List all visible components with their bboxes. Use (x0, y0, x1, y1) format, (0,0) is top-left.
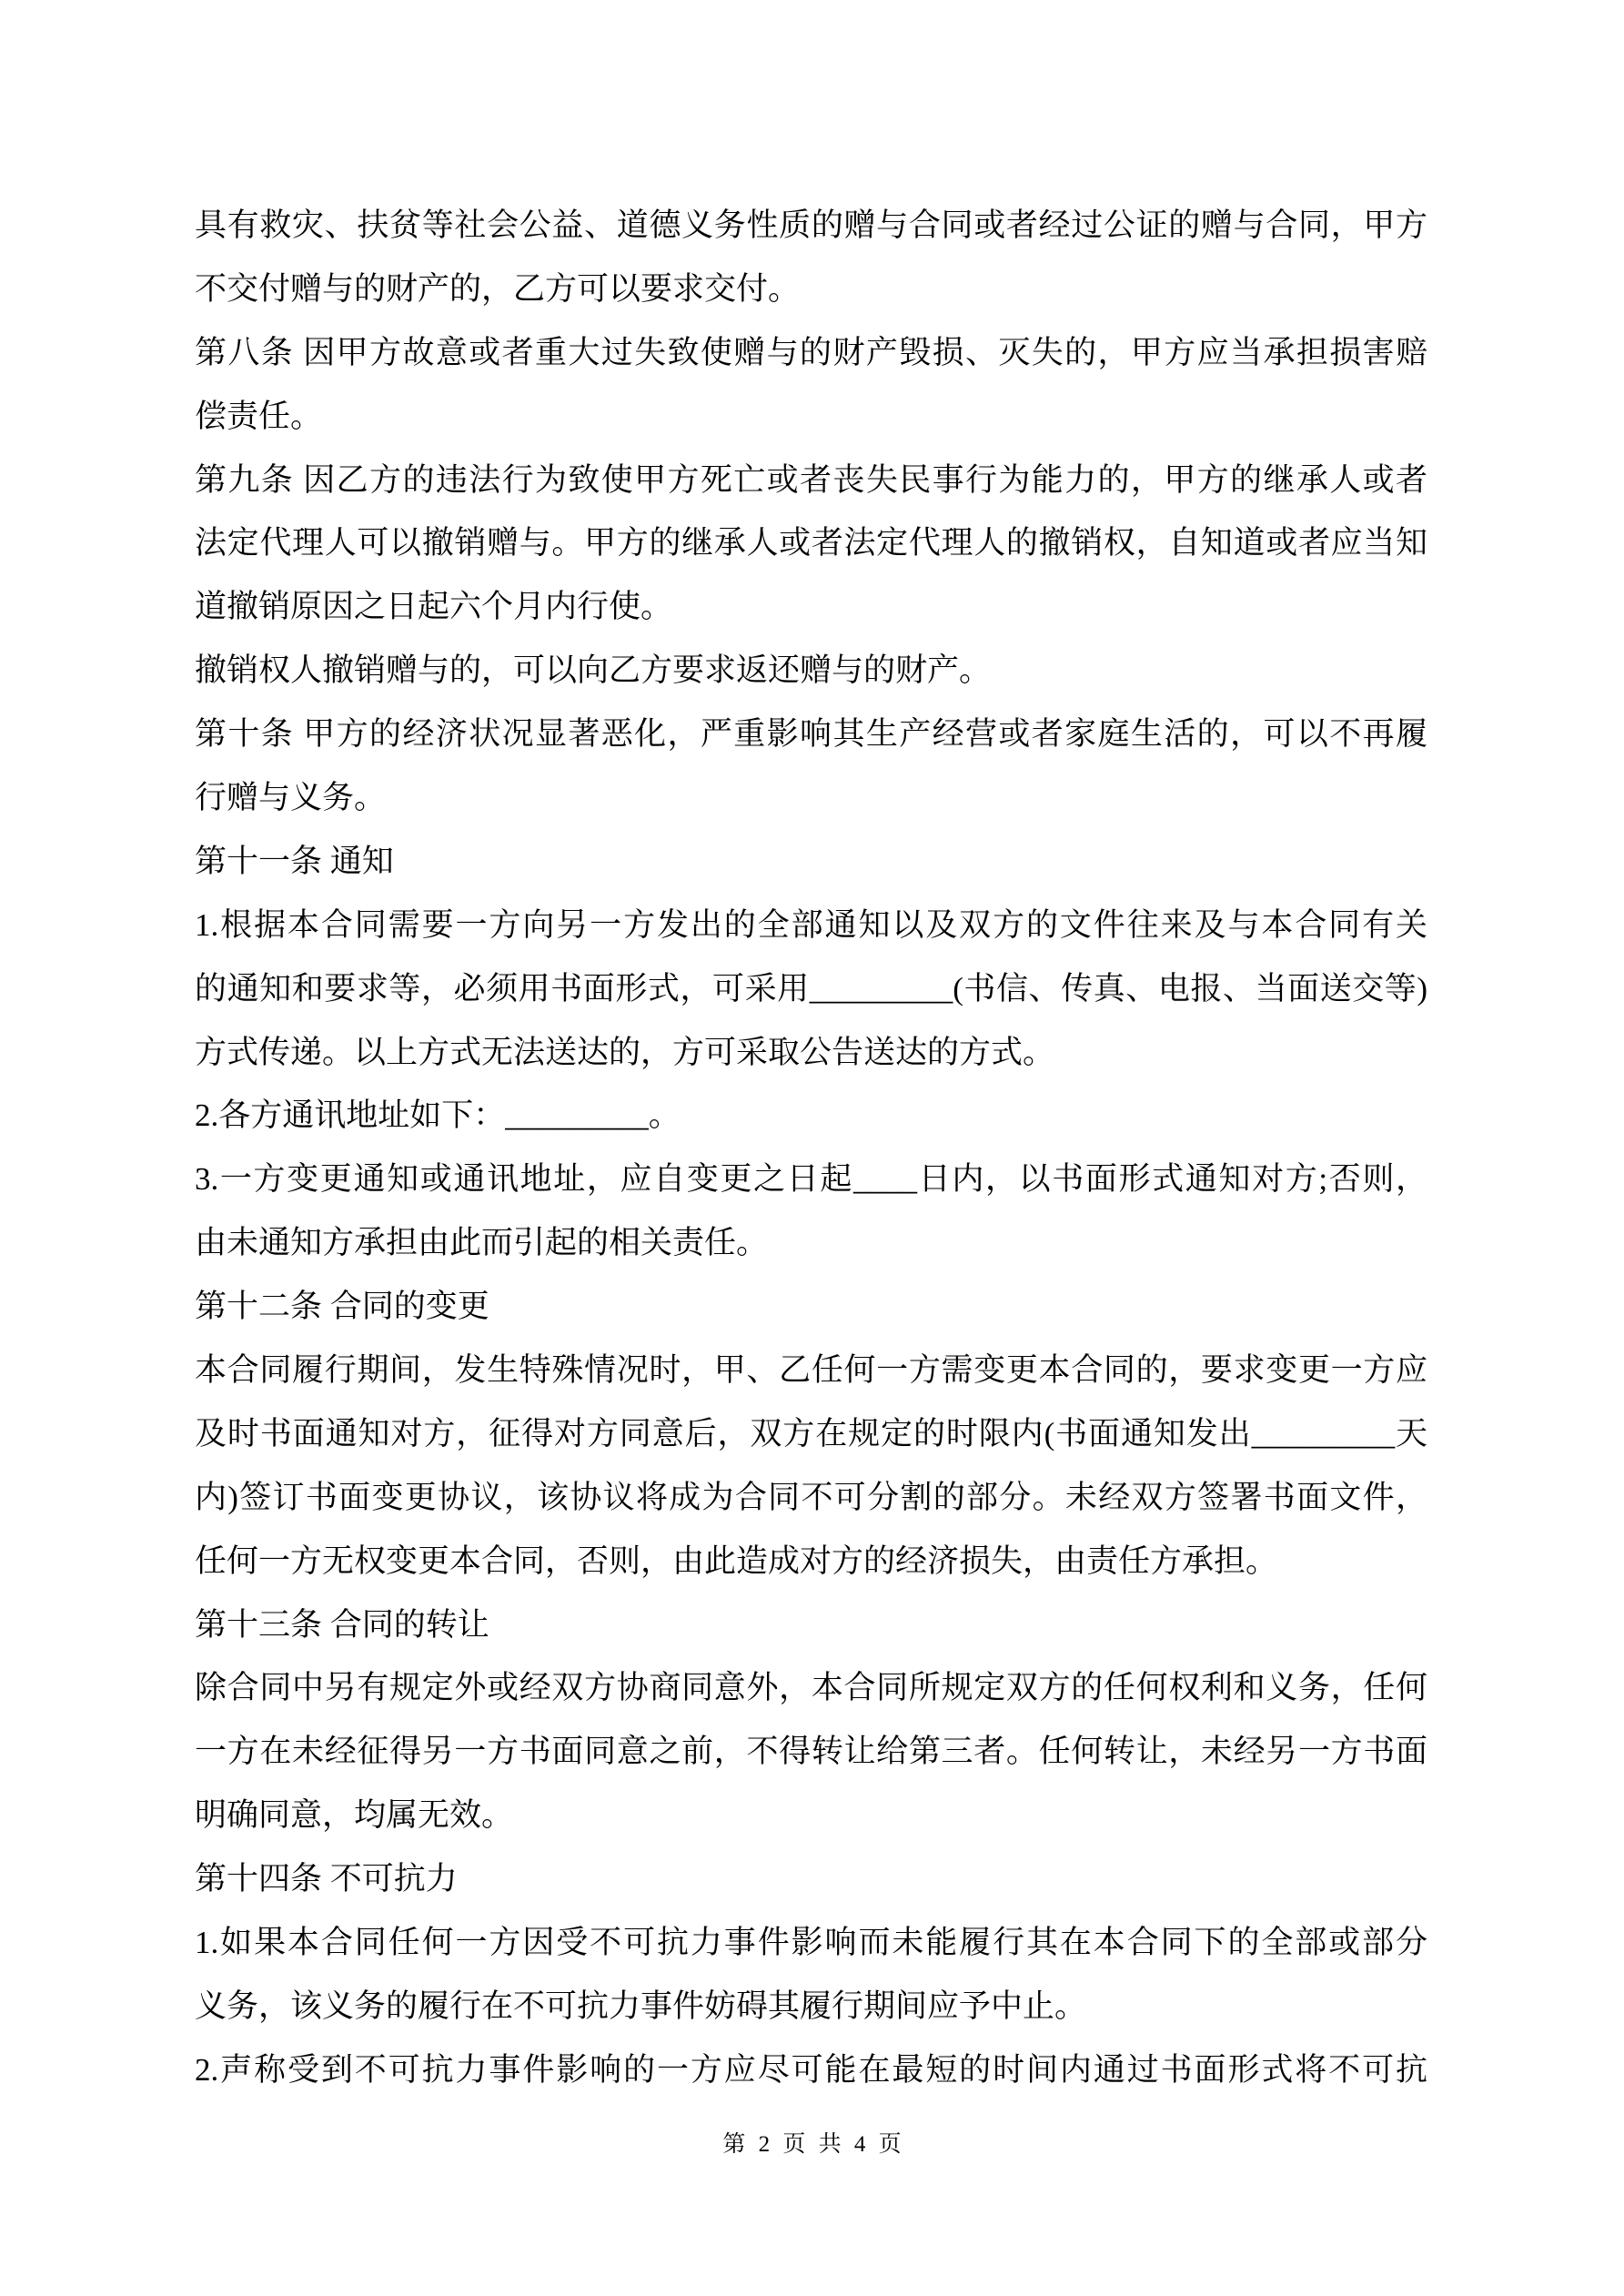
paragraph-line: 2.声称受到不可抗力事件影响的一方应尽可能在最短的时间内通过书面形式将不可抗 (195, 2038, 1427, 2102)
article-heading: 第十四条 不可抗力 (195, 1847, 1427, 1911)
paragraph-line: 明确同意，均属无效。 (195, 1784, 1427, 1847)
article-8-line: 第八条 因甲方故意或者重大过失致使赠与的财产毁损、灭失的，甲方应当承担损害赔 (195, 321, 1427, 385)
page-number-footer: 第 2 页 共 4 页 (0, 2129, 1624, 2160)
paragraph-line-with-blank: 3.一方变更通知或通讯地址，应自变更之日起____日内，以书面形式通知对方;否则… (195, 1148, 1427, 1211)
article-heading: 第十二条 合同的变更 (195, 1275, 1427, 1339)
paragraph-line: 任何一方无权变更本合同，否则，由此造成对方的经济损失，由责任方承担。 (195, 1530, 1427, 1593)
paragraph-line: 行赠与义务。 (195, 766, 1427, 830)
paragraph-line-with-blank: 及时书面通知对方，征得对方同意后，双方在规定的时限内(书面通知发出_______… (195, 1402, 1427, 1466)
article-heading: 第十三条 合同的转让 (195, 1593, 1427, 1657)
paragraph-line: 偿责任。 (195, 385, 1427, 449)
paragraph-line: 义务，该义务的履行在不可抗力事件妨碍其履行期间应予中止。 (195, 1975, 1427, 2038)
paragraph-line: 由未通知方承担由此而引起的相关责任。 (195, 1211, 1427, 1275)
paragraph-line: 具有救灾、扶贫等社会公益、道德义务性质的赠与合同或者经过公证的赠与合同，甲方 (195, 194, 1427, 258)
document-page: 具有救灾、扶贫等社会公益、道德义务性质的赠与合同或者经过公证的赠与合同，甲方 不… (0, 0, 1624, 2296)
paragraph-line: 内)签订书面变更协议，该协议将成为合同不可分割的部分。未经双方签署书面文件， (195, 1466, 1427, 1530)
paragraph-line: 道撤销原因之日起六个月内行使。 (195, 575, 1427, 639)
paragraph-line-with-blank: 2.各方通讯地址如下：_________。 (195, 1084, 1427, 1148)
paragraph-line: 本合同履行期间，发生特殊情况时，甲、乙任何一方需变更本合同的，要求变更一方应 (195, 1339, 1427, 1402)
paragraph-line: 1.根据本合同需要一方向另一方发出的全部通知以及双方的文件往来及与本合同有关 (195, 894, 1427, 957)
article-10-line: 第十条 甲方的经济状况显著恶化，严重影响其生产经营或者家庭生活的，可以不再履 (195, 703, 1427, 766)
paragraph-line: 方式传递。以上方式无法送达的，方可采取公告送达的方式。 (195, 1021, 1427, 1085)
paragraph-line: 撤销权人撤销赠与的，可以向乙方要求返还赠与的财产。 (195, 639, 1427, 703)
paragraph-line: 一方在未经征得另一方书面同意之前，不得转让给第三者。任何转让，未经另一方书面 (195, 1720, 1427, 1784)
article-heading: 第十一条 通知 (195, 830, 1427, 894)
paragraph-line: 不交付赠与的财产的，乙方可以要求交付。 (195, 258, 1427, 321)
paragraph-line-with-blank: 的通知和要求等，必须用书面形式，可采用_________(书信、传真、电报、当面… (195, 957, 1427, 1021)
article-9-line: 第九条 因乙方的违法行为致使甲方死亡或者丧失民事行为能力的，甲方的继承人或者 (195, 449, 1427, 512)
paragraph-line: 1.如果本合同任何一方因受不可抗力事件影响而未能履行其在本合同下的全部或部分 (195, 1911, 1427, 1975)
paragraph-line: 法定代理人可以撤销赠与。甲方的继承人或者法定代理人的撤销权，自知道或者应当知 (195, 511, 1427, 575)
document-body: 具有救灾、扶贫等社会公益、道德义务性质的赠与合同或者经过公证的赠与合同，甲方 不… (195, 194, 1427, 2102)
paragraph-line: 除合同中另有规定外或经双方协商同意外，本合同所规定双方的任何权利和义务，任何 (195, 1656, 1427, 1720)
